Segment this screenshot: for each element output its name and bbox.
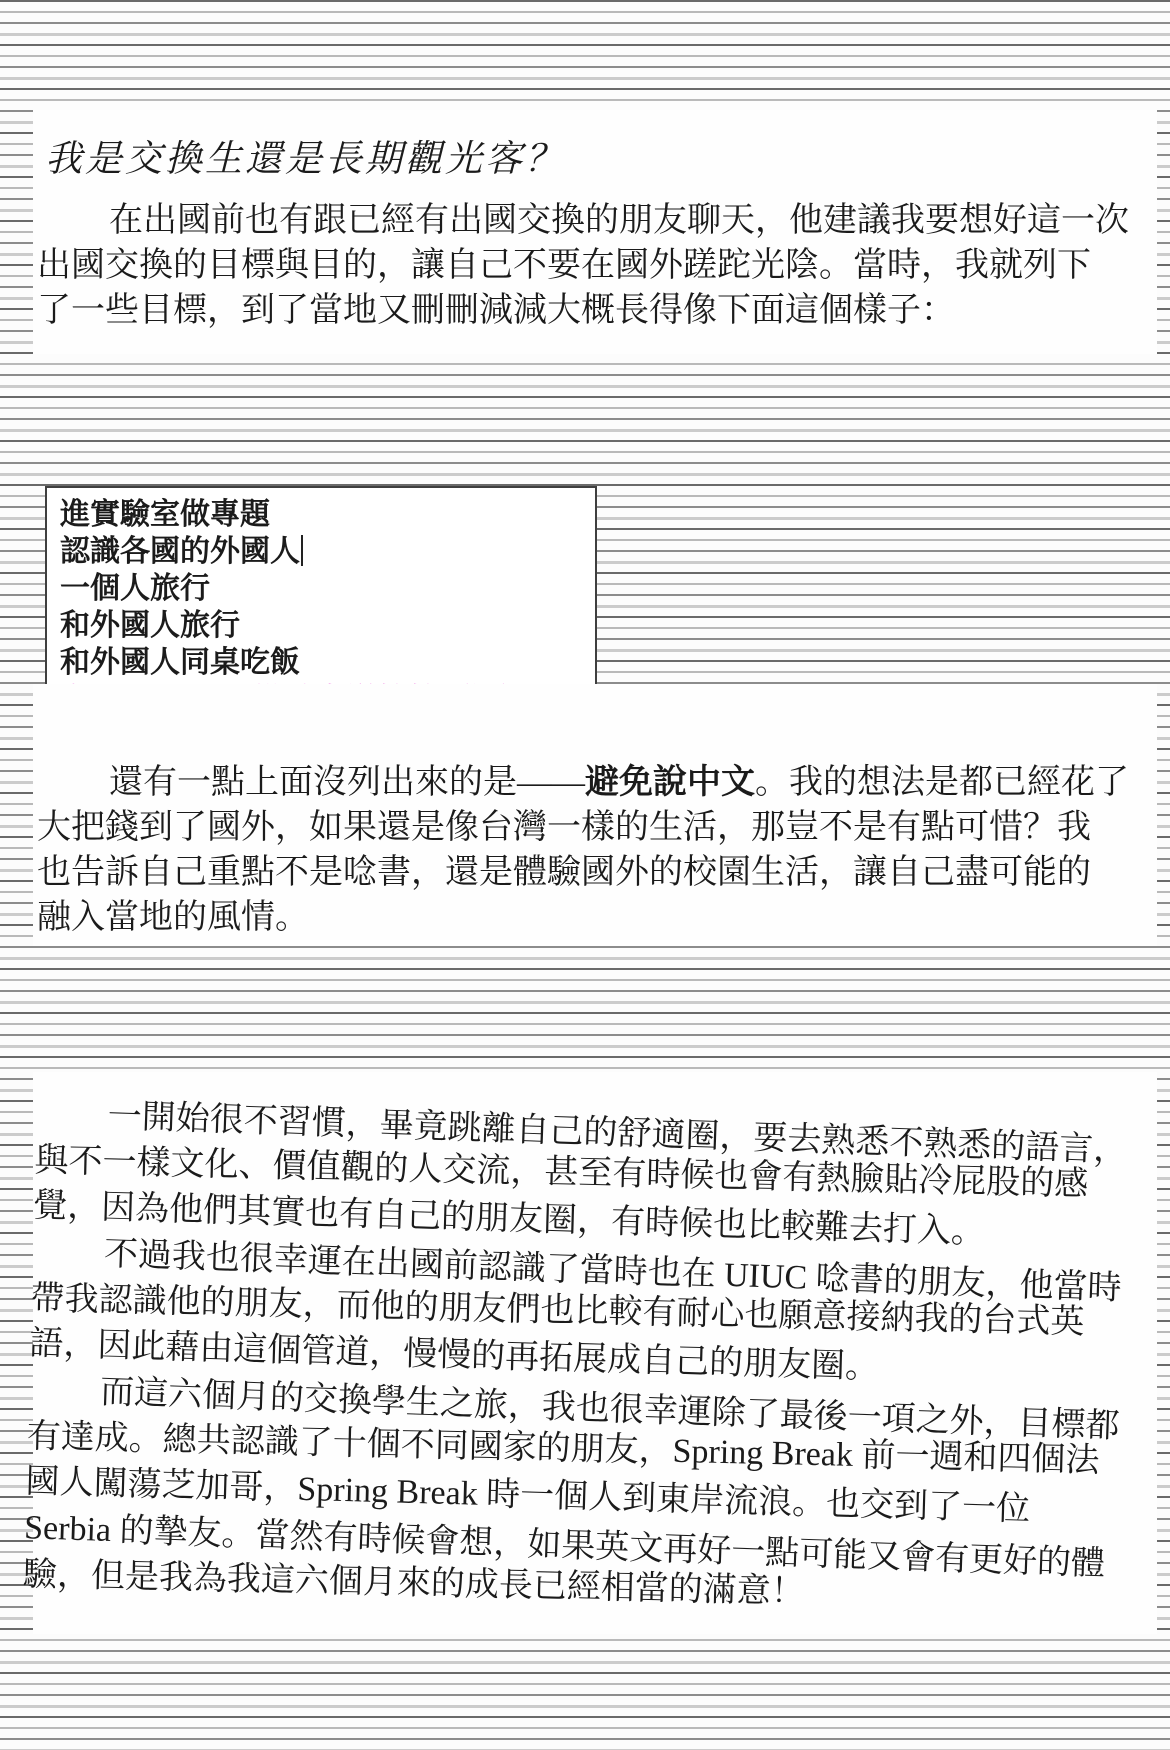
paragraph-line: 在出國前也有跟已經有出國交換的朋友聊天，他建議我要想好這一次 [37, 198, 1157, 243]
goal-item: 和外國人旅行 [60, 607, 595, 644]
document-page: 我是交換生還是長期觀光客？ 在出國前也有跟已經有出國交換的朋友聊天，他建議我要想… [0, 0, 1170, 1750]
goal-item-text: 認識各國的外國人 [60, 535, 300, 568]
paragraph-line: 融入當地的風情。 [37, 895, 1157, 940]
goal-item: 進實驗室做專題 [60, 496, 595, 533]
intro-section: 我是交換生還是長期觀光客？ 在出國前也有跟已經有出國交換的朋友聊天，他建議我要想… [33, 110, 1157, 354]
goal-item: 認識各國的外國人 [60, 533, 595, 570]
experience-section: 一開始很不習慣，畢竟跳離自己的舒適圈，要去熟悉不熟悉的語言， 與不一樣文化、價值… [33, 1072, 1157, 1634]
goal-item: 一個人旅行 [60, 570, 595, 607]
paragraph-line: 還有一點上面沒列出來的是——避免說中文。我的想法是都已經花了 [37, 760, 1157, 805]
line-segment: 還有一點上面沒列出來的是—— [109, 764, 585, 801]
paragraph-line: 大把錢到了國外，如果還是像台灣一樣的生活，那豈不是有點可惜？我 [37, 805, 1157, 850]
paragraph-1: 在出國前也有跟已經有出國交換的朋友聊天，他建議我要想好這一次 出國交換的目標與目… [37, 198, 1157, 333]
paragraph-3: 一開始很不習慣，畢竟跳離自己的舒適圈，要去熟悉不熟悉的語言， 與不一樣文化、價值… [18, 1071, 1156, 1628]
text-cursor [301, 535, 303, 567]
avoid-chinese-section: 還有一點上面沒列出來的是——避免說中文。我的想法是都已經花了 大把錢到了國外，如… [33, 684, 1157, 946]
paragraph-line: 了一些目標，到了當地又刪刪減減大概長得像下面這個樣子： [37, 288, 1157, 333]
line-segment: 。我的想法是都已經花了 [755, 764, 1129, 801]
goal-item: 和外國人同桌吃飯 [60, 644, 595, 681]
emphasized-text: 避免說中文 [585, 764, 755, 801]
paragraph-line: 出國交換的目標與目的，讓自己不要在國外蹉跎光陰。當時，我就列下 [37, 243, 1157, 288]
paragraph-2: 還有一點上面沒列出來的是——避免說中文。我的想法是都已經花了 大把錢到了國外，如… [33, 684, 1157, 940]
page-title: 我是交換生還是長期觀光客？ [45, 128, 1157, 182]
paragraph-line: 也告訴自己重點不是唸書，還是體驗國外的校園生活，讓自己盡可能的 [37, 850, 1157, 895]
